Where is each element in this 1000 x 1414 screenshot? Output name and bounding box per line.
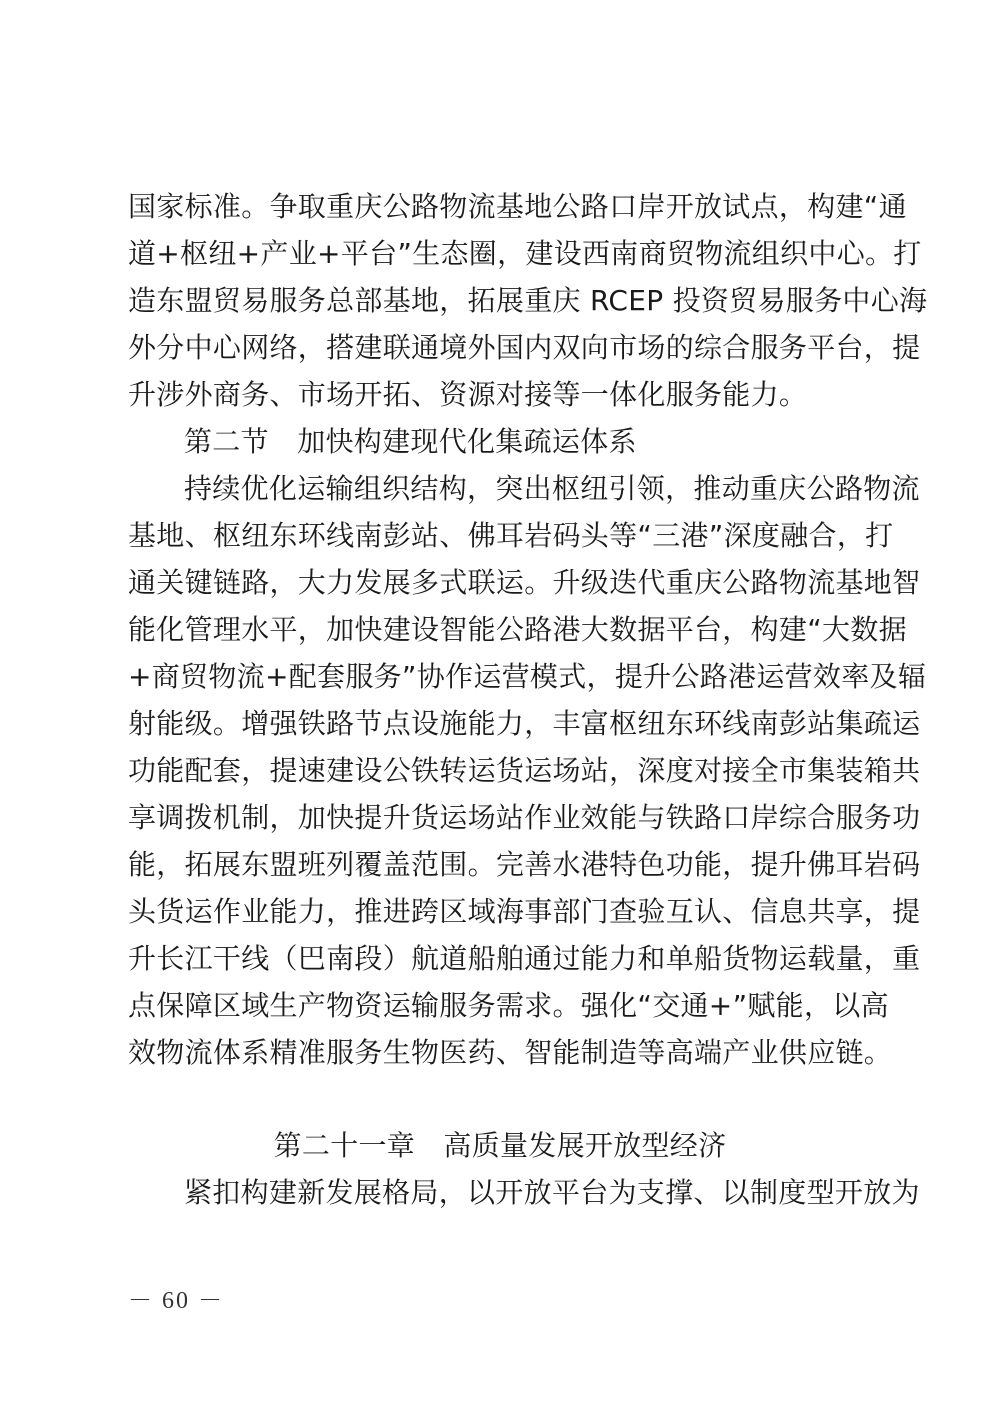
paragraph-line: 射能级。增强铁路节点设施能力，丰富枢纽东环线南彭站集疏运 (128, 704, 873, 744)
paragraph-line: 升长江干线（巴南段）航道船舶通过能力和单船货物运载量，重 (128, 939, 873, 979)
paragraph-line: +商贸物流+配套服务”协作运营模式，提升公路港运营效率及辐 (128, 657, 873, 697)
paragraph-line: 享调拨机制，加快提升货运场站作业效能与铁路口岸综合服务功 (128, 798, 873, 838)
page-number: － 60 － (128, 1280, 224, 1315)
paragraph-line: 效物流体系精准服务生物医药、智能制造等高端产业供应链。 (128, 1033, 873, 1073)
paragraph-line: 国家标准。争取重庆公路物流基地公路口岸开放试点，构建“通 (128, 187, 873, 227)
paragraph-line: 升涉外商务、市场开拓、资源对接等一体化服务能力。 (128, 375, 873, 415)
paragraph-line: 点保障区域生产物资运输服务需求。强化“交通+”赋能，以高 (128, 986, 873, 1026)
document-page: 国家标准。争取重庆公路物流基地公路口岸开放试点，构建“通 道+枢纽+产业+平台”… (0, 0, 1000, 1414)
chapter-heading: 第二十一章 高质量发展开放型经济 (0, 1126, 1000, 1166)
section-heading: 第二节 加快构建现代化集疏运体系 (184, 422, 929, 462)
paragraph-line: 道+枢纽+产业+平台”生态圈，建设西南商贸物流组织中心。打 (128, 234, 873, 274)
paragraph-line: 能，拓展东盟班列覆盖范围。完善水港特色功能，提升佛耳岩码 (128, 845, 873, 885)
paragraph-line: 持续优化运输组织结构，突出枢纽引领，推动重庆公路物流 (184, 469, 929, 509)
paragraph-line: 外分中心网络，搭建联通境外国内双向市场的综合服务平台，提 (128, 328, 873, 368)
paragraph-line: 通关键链路，大力发展多式联运。升级迭代重庆公路物流基地智 (128, 563, 873, 603)
paragraph-line: 造东盟贸易服务总部基地，拓展重庆 RCEP 投资贸易服务中心海 (128, 281, 873, 321)
paragraph-line: 基地、枢纽东环线南彭站、佛耳岩码头等“三港”深度融合，打 (128, 516, 873, 556)
paragraph-line: 头货运作业能力，推进跨区域海事部门查验互认、信息共享，提 (128, 892, 873, 932)
paragraph-line: 能化管理水平，加快建设智能公路港大数据平台，构建“大数据 (128, 610, 873, 650)
paragraph-line: 功能配套，提速建设公铁转运货运场站，深度对接全市集装箱共 (128, 751, 873, 791)
paragraph-line: 紧扣构建新发展格局，以开放平台为支撑、以制度型开放为 (184, 1173, 929, 1213)
